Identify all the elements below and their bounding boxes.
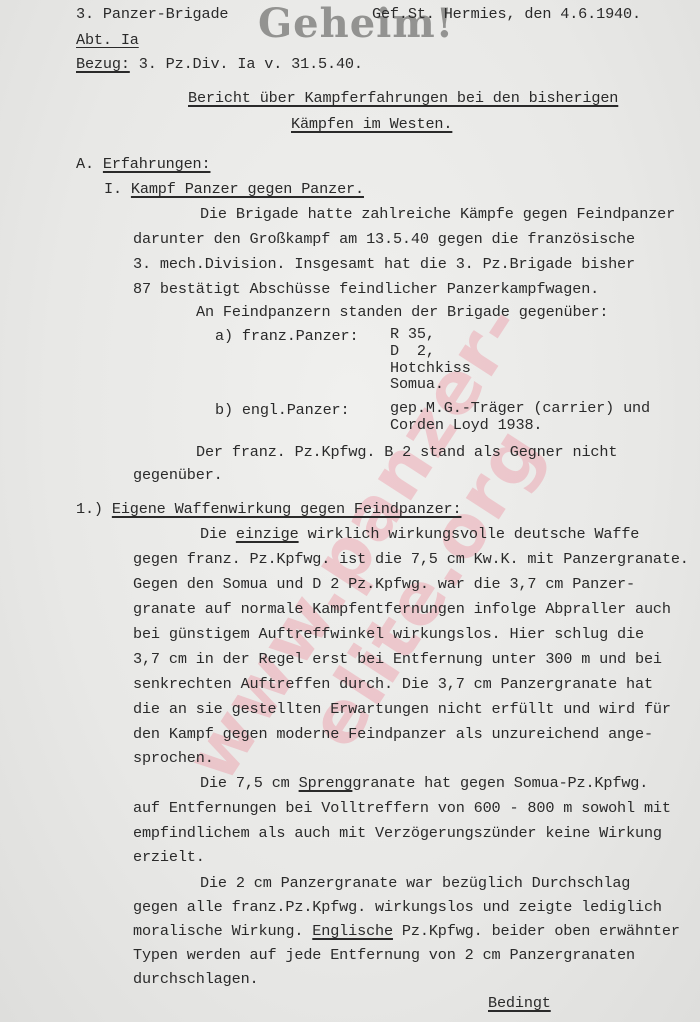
p3-line: gegen alle franz.Pz.Kpfwg. wirkungslos u… [133, 897, 662, 917]
section-a-title: Erfahrungen: [103, 155, 211, 173]
section-1-heading: 1.) Eigene Waffenwirkung gegen Feindpanz… [76, 499, 461, 519]
p1-line: die an sie gestellten Erwartungen nicht … [133, 699, 671, 719]
section-a-heading: A. Erfahrungen: [76, 154, 210, 174]
note-line: Der franz. Pz.Kpfwg. B 2 stand als Gegne… [196, 442, 617, 462]
section-i-title: Kampf Panzer gegen Panzer. [131, 180, 364, 198]
document-page: www.panzer-elite.org Geheim! 3. Panzer-B… [0, 0, 700, 1022]
reference-value: 3. Pz.Div. Ia v. 31.5.40. [130, 55, 363, 73]
unit-name: 3. Panzer-Brigade [76, 4, 228, 24]
para-i-line: 87 bestätigt Abschüsse feindlicher Panze… [133, 279, 599, 299]
place-date: Gef.St. Hermies, den 4.6.1940. [372, 4, 641, 24]
emphasis: Spreng [299, 774, 353, 792]
p2-line: auf Entfernungen bei Volltreffern von 60… [133, 798, 671, 818]
p3-line: moralische Wirkung. Englische Pz.Kpfwg. … [133, 921, 680, 941]
p1-line: sprochen. [133, 748, 214, 768]
p1-line: 3,7 cm in der Regel erst bei Entfernung … [133, 649, 662, 669]
section-1-title: Eigene Waffenwirkung gegen Feindpanzer: [112, 500, 462, 518]
p1-line: bei günstigem Auftreffwinkel wirkungslos… [133, 624, 644, 644]
section-1-prefix: 1.) [76, 500, 112, 518]
enemy-item: R 35, [390, 326, 435, 342]
enemy-item: Hotchkiss [390, 360, 471, 376]
enemy-item: gep.M.G.-Träger (carrier) und [390, 400, 650, 416]
p3-line: Die 2 cm Panzergranate war bezüglich Dur… [200, 873, 630, 893]
p1-line: Die einzige wirklich wirkungsvolle deuts… [200, 524, 639, 544]
title-line-1: Bericht über Kampferfahrungen bei den bi… [188, 88, 618, 108]
p2-line: erzielt. [133, 847, 205, 867]
p1-line: senkrechten Auftreffen durch. Die 3,7 cm… [133, 674, 653, 694]
reference: Bezug: 3. Pz.Div. Ia v. 31.5.40. [76, 54, 363, 74]
continuation-word: Bedingt [488, 993, 551, 1013]
p2-line: Die 7,5 cm Sprenggranate hat gegen Somua… [200, 773, 648, 793]
p3-line: Typen werden auf jede Entfernung von 2 c… [133, 945, 635, 965]
note-line: gegenüber. [133, 465, 223, 485]
emphasis: einzige [236, 525, 299, 543]
p1-line: Gegen den Somua und D 2 Pz.Kpfwg. war di… [133, 574, 635, 594]
p3-line: durchschlagen. [133, 969, 259, 989]
enemy-item: D 2, [390, 343, 435, 359]
reference-label: Bezug: [76, 55, 130, 73]
p1-line: den Kampf gegen moderne Feindpanzer als … [133, 724, 653, 744]
section-i-heading: I. Kampf Panzer gegen Panzer. [104, 179, 364, 199]
section-a-prefix: A. [76, 155, 103, 173]
para-i-line: Die Brigade hatte zahlreiche Kämpfe gege… [200, 204, 675, 224]
enemy-item: Corden Loyd 1938. [390, 417, 542, 433]
p2-line: empfindlichem als auch mit Verzögerungsz… [133, 823, 662, 843]
section-i-prefix: I. [104, 180, 131, 198]
emphasis: Englische [312, 922, 393, 940]
p1-line: gegen franz. Pz.Kpfwg. ist die 7,5 cm Kw… [133, 549, 689, 569]
department: Abt. Ia [76, 30, 199, 50]
enemy-list-label-b: b) engl.Panzer: [215, 400, 349, 420]
department-label: Abt. Ia [76, 31, 199, 49]
para-i-line: 3. mech.Division. Insgesamt hat die 3. P… [133, 254, 635, 274]
enemy-list-label-a: a) franz.Panzer: [215, 326, 358, 346]
p1-line: granate auf normale Kampfentfernungen in… [133, 599, 671, 619]
para-i-line: darunter den Großkampf am 13.5.40 gegen … [133, 229, 635, 249]
enemy-intro: An Feindpanzern standen der Brigade gege… [196, 302, 608, 322]
title-line-2: Kämpfen im Westen. [291, 114, 452, 134]
enemy-item: Somua. [390, 376, 444, 392]
